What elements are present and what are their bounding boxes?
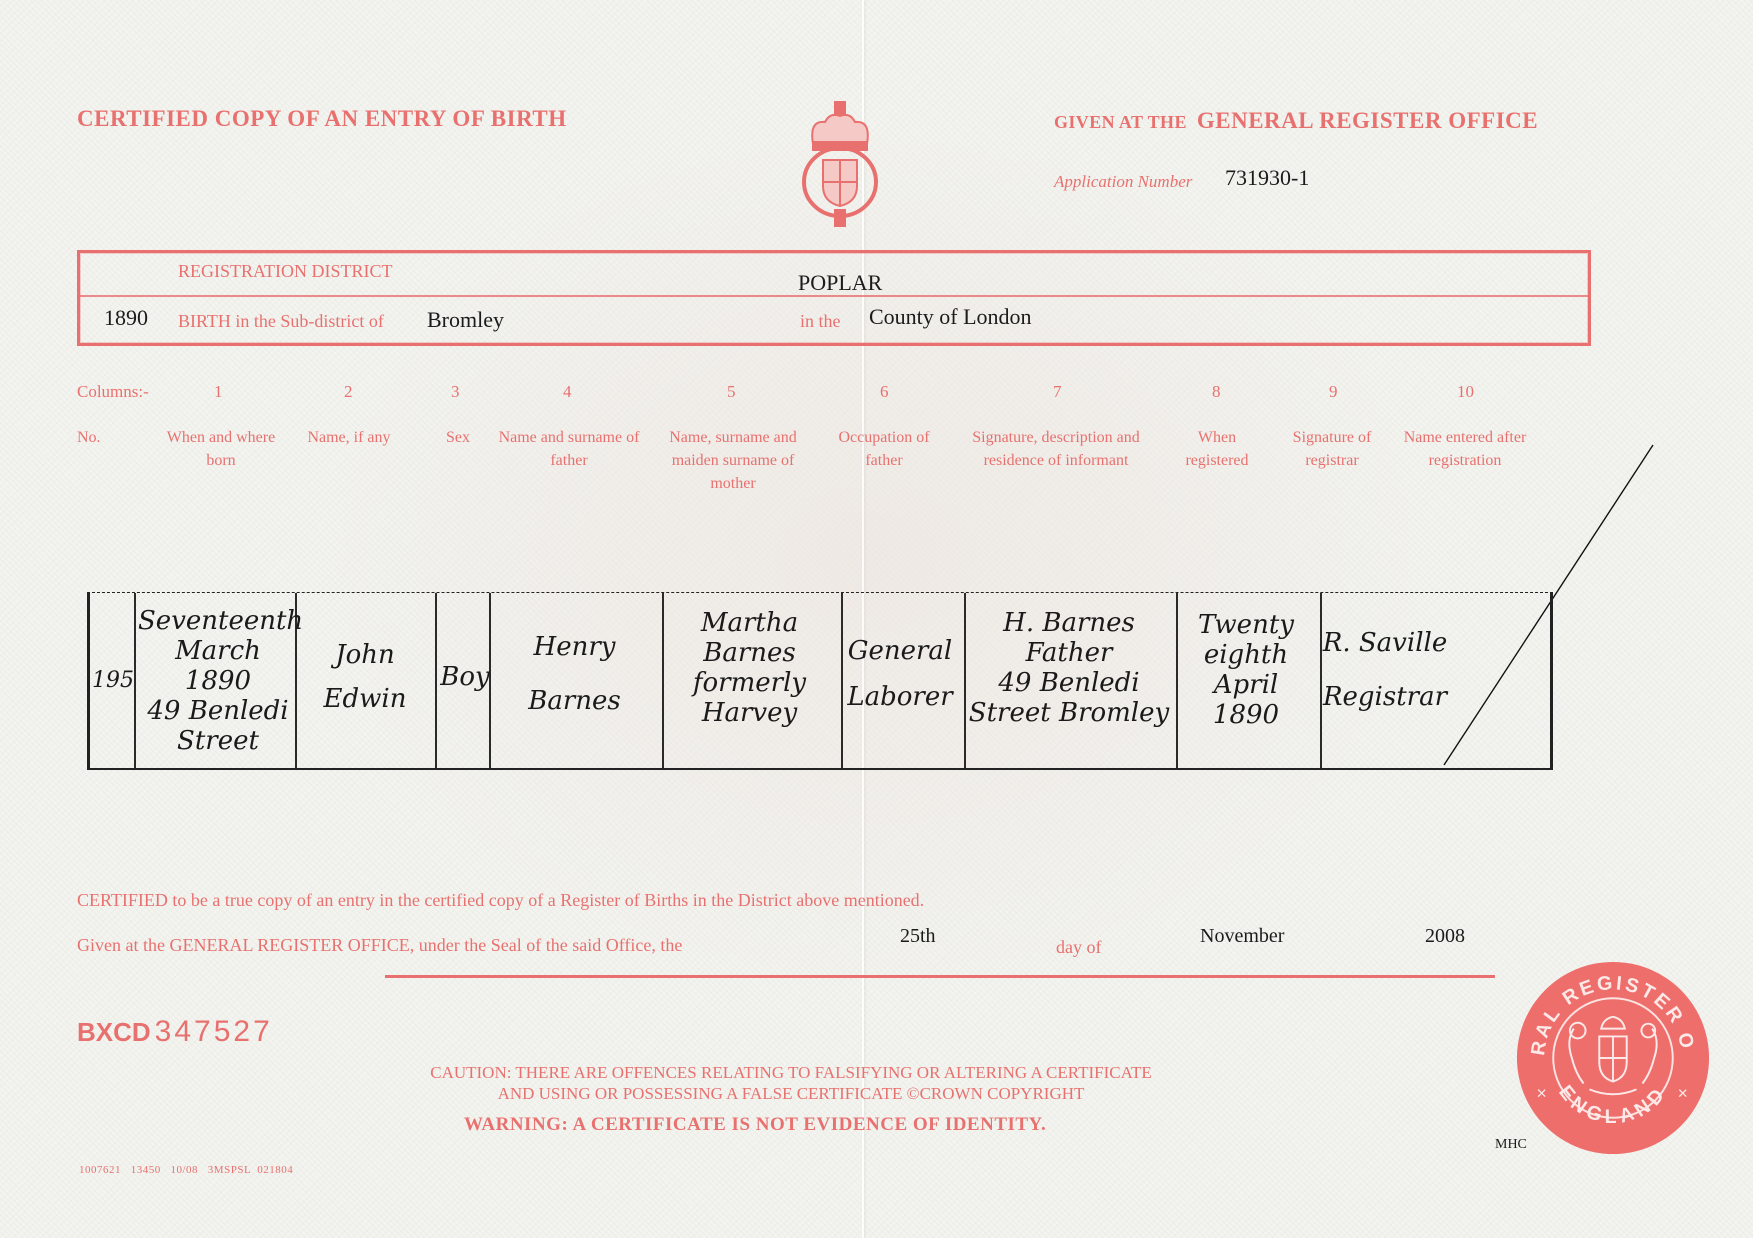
registrar-name: R. Saville xyxy=(1310,628,1460,658)
subdistrict-label: BIRTH in the Sub-district of xyxy=(178,311,384,332)
entry-registrar-signature: R. Saville Registrar xyxy=(1310,628,1460,712)
svg-text:×: × xyxy=(1537,1083,1547,1103)
informant-signature: H. Barnes xyxy=(964,608,1174,638)
caution-notice: CAUTION: THERE ARE OFFENCES RELATING TO … xyxy=(386,1062,1196,1104)
certified-statement: CERTIFIED to be a true copy of an entry … xyxy=(77,890,924,911)
entry-occupation: General Laborer xyxy=(840,636,960,712)
given-statement: Given at the GENERAL REGISTER OFFICE, un… xyxy=(77,935,682,956)
subdistrict-value: Bromley xyxy=(427,307,504,333)
column-header-when-registered: When registered xyxy=(1172,426,1262,472)
column-number-2: 2 xyxy=(344,382,353,402)
column-header-father: Name and surname of father xyxy=(493,426,645,472)
entry-informant: H. Barnes Father 49 Benledi Street Broml… xyxy=(964,608,1174,728)
mother-surname: Barnes xyxy=(662,638,837,668)
informant-description: Father xyxy=(964,638,1174,668)
entry-father-name: Henry Barnes xyxy=(492,632,657,716)
born-day: Seventeenth xyxy=(138,606,298,636)
column-number-8: 8 xyxy=(1212,382,1221,402)
child-first-name: John xyxy=(300,640,430,670)
application-number: 731930-1 xyxy=(1225,165,1309,191)
column-number-7: 7 xyxy=(1053,382,1062,402)
entry-mother-name: Martha Barnes formerly Harvey xyxy=(662,608,837,728)
column-divider xyxy=(134,593,136,768)
father-first-name: Henry xyxy=(492,632,657,662)
occupation-line-2: Laborer xyxy=(840,682,960,712)
registered-day-2: eighth xyxy=(1176,640,1316,670)
column-header-when-where-born: When and where born xyxy=(166,426,276,472)
svg-text:×: × xyxy=(1678,1083,1688,1103)
column-header-registrar-signature: Signature of registrar xyxy=(1284,426,1380,472)
certificate-title: CERTIFIED COPY OF AN ENTRY OF BIRTH xyxy=(77,106,567,132)
column-number-4: 4 xyxy=(563,382,572,402)
registrar-title: Registrar xyxy=(1310,682,1460,712)
signature-rule xyxy=(385,975,1495,978)
column-number-1: 1 xyxy=(214,382,223,402)
entry-child-name: John Edwin xyxy=(300,640,430,714)
born-address: 49 Benledi xyxy=(138,696,298,726)
column-header-sex: Sex xyxy=(436,426,480,449)
mother-first-name: Martha xyxy=(662,608,837,638)
column-number-10: 10 xyxy=(1457,382,1474,402)
mother-maiden-name: Harvey xyxy=(662,698,837,728)
day-of-label: day of xyxy=(1056,937,1101,958)
serial-number: 347527 xyxy=(155,1015,273,1048)
entry-when-registered: Twenty eighth April 1890 xyxy=(1176,610,1316,730)
certified-month: November xyxy=(1200,925,1284,948)
born-month: March xyxy=(138,636,298,666)
entry-sex: Boy xyxy=(440,662,490,692)
general-register-office-seal-icon: GENERAL REGISTER OFFICE ENGLAND × × xyxy=(1515,960,1711,1156)
application-number-label: Application Number xyxy=(1054,172,1192,192)
column-header-name: Name, if any xyxy=(296,426,402,449)
father-surname: Barnes xyxy=(492,686,657,716)
column-number-5: 5 xyxy=(727,382,736,402)
informant-address: 49 Benledi xyxy=(964,668,1174,698)
certificate-serial: BXCD 347527 xyxy=(77,1015,273,1049)
serial-prefix: BXCD xyxy=(77,1017,151,1047)
registered-year: 1890 xyxy=(1176,700,1316,730)
registered-day-1: Twenty xyxy=(1176,610,1316,640)
certified-year: 2008 xyxy=(1425,925,1465,948)
entry-number: 195 xyxy=(92,666,134,696)
registration-district-value: POPLAR xyxy=(798,270,882,296)
columns-label: Columns:- xyxy=(77,382,149,402)
given-at-small: GIVEN AT THE xyxy=(1054,112,1187,132)
identity-warning: WARNING: A CERTIFICATE IS NOT EVIDENCE O… xyxy=(464,1114,1046,1136)
column-header-informant: Signature, description and residence of … xyxy=(956,426,1156,472)
born-year: 1890 xyxy=(138,666,298,696)
given-at-large: GENERAL REGISTER OFFICE xyxy=(1197,108,1538,133)
caution-line-2: AND USING OR POSSESSING A FALSE CERTIFIC… xyxy=(386,1083,1196,1104)
county-value: County of London xyxy=(869,304,1032,330)
certified-day: 25th xyxy=(900,925,936,948)
column-header-no: No. xyxy=(77,426,101,449)
column-number-6: 6 xyxy=(880,382,889,402)
column-number-3: 3 xyxy=(451,382,460,402)
given-at-heading: GIVEN AT THE GENERAL REGISTER OFFICE xyxy=(1054,108,1538,134)
column-header-occupation: Occupation of father xyxy=(836,426,932,472)
column-header-mother: Name, surname and maiden surname of moth… xyxy=(655,426,811,495)
registration-district-label: REGISTRATION DISTRICT xyxy=(178,261,393,282)
caution-line-1: CAUTION: THERE ARE OFFENCES RELATING TO … xyxy=(386,1062,1196,1083)
column-number-9: 9 xyxy=(1329,382,1338,402)
registration-year: 1890 xyxy=(104,305,148,331)
registered-month: April xyxy=(1176,670,1316,700)
child-middle-name: Edwin xyxy=(300,684,430,714)
in-the-label: in the xyxy=(800,311,841,332)
footer-print-code: 1007621 13450 10/08 3MSPSL 021804 xyxy=(79,1164,293,1176)
entry-when-where-born: Seventeenth March 1890 49 Benledi Street xyxy=(138,606,298,756)
mother-formerly: formerly xyxy=(662,668,837,698)
royal-crest-icon xyxy=(795,98,885,228)
column-divider xyxy=(435,593,437,768)
occupation-line-1: General xyxy=(840,636,960,666)
born-address-street: Street xyxy=(138,726,298,756)
informant-address-street: Street Bromley xyxy=(964,698,1174,728)
